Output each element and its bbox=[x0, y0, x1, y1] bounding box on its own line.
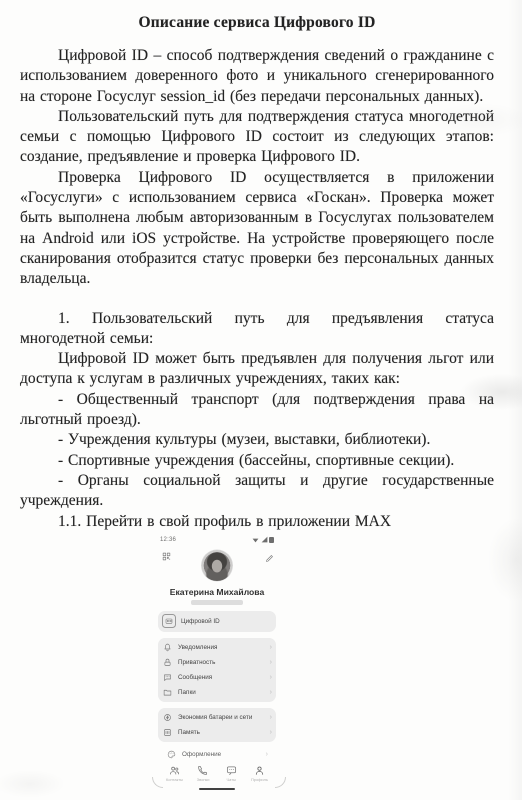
menu-item-privacy[interactable]: Приватность › bbox=[162, 655, 272, 670]
tab-label: Звонки bbox=[196, 777, 209, 782]
paragraph-step-1-1: 1.1. Перейти в свой профиль в приложении… bbox=[20, 512, 494, 532]
menu-item-label: Приватность bbox=[178, 659, 265, 666]
chats-icon bbox=[226, 765, 237, 776]
menu-item-storage[interactable]: Память › bbox=[162, 725, 272, 740]
palette-icon bbox=[166, 750, 177, 759]
menu-item-label: Оформление bbox=[182, 751, 261, 758]
tab-label: Профиль bbox=[251, 777, 268, 782]
phone-screenshot: 12:36 Екатерина Михайлова Цифровой I bbox=[158, 536, 276, 791]
menu-item-label: Экономия батареи и сети bbox=[178, 714, 265, 721]
chevron-right-icon: › bbox=[270, 644, 272, 651]
bullet-transport: - Общественный транспорт (для подтвержде… bbox=[20, 390, 494, 431]
profile-icon bbox=[254, 765, 265, 776]
tab-profile[interactable]: Профиль bbox=[250, 765, 270, 782]
tab-label: Контакты bbox=[165, 777, 182, 782]
chevron-right-icon: › bbox=[270, 674, 272, 681]
settings-group-1: Уведомления › Приватность › Сообщения › bbox=[158, 638, 276, 702]
menu-item-notifications[interactable]: Уведомления › bbox=[162, 640, 272, 655]
paragraph-intro: Цифровой ID – способ подтверждения сведе… bbox=[20, 46, 494, 107]
paragraph-verification: Проверка Цифрового ID осуществляется в п… bbox=[20, 168, 494, 290]
status-icons bbox=[252, 536, 274, 543]
battery-saver-icon bbox=[162, 713, 173, 722]
tab-calls[interactable]: Звонки bbox=[193, 765, 213, 782]
storage-icon bbox=[162, 728, 173, 737]
bullet-sport: - Спортивные учреждения (бассейны, спорт… bbox=[20, 451, 494, 471]
bullet-culture: - Учреждения культуры (музеи, выставки, … bbox=[20, 430, 494, 450]
paragraph-section-1: 1. Пользовательский путь для предъявлени… bbox=[20, 309, 494, 350]
tab-label: Чаты bbox=[227, 777, 236, 782]
qr-code-icon[interactable] bbox=[162, 552, 171, 561]
chat-bubble-icon bbox=[162, 673, 173, 682]
status-time: 12:36 bbox=[160, 537, 176, 543]
paragraph-usage: Цифровой ID может быть предъявлен для по… bbox=[20, 349, 494, 390]
chevron-right-icon: › bbox=[270, 714, 272, 721]
menu-item-battery-saving[interactable]: Экономия батареи и сети › bbox=[162, 710, 272, 725]
settings-group-2: Экономия батареи и сети › Память › bbox=[158, 708, 276, 742]
home-indicator[interactable] bbox=[199, 788, 235, 791]
chevron-right-icon: › bbox=[270, 729, 272, 736]
signal-icon bbox=[261, 536, 268, 543]
chevron-right-icon: › bbox=[270, 689, 272, 696]
chevron-right-icon: › bbox=[266, 751, 268, 758]
digital-id-label: Цифровой ID bbox=[181, 618, 272, 625]
menu-item-label: Уведомления bbox=[178, 644, 265, 651]
menu-item-label: Папки bbox=[178, 689, 265, 696]
lock-icon bbox=[162, 658, 173, 667]
menu-item-appearance[interactable]: Оформление › bbox=[158, 747, 276, 762]
menu-item-label: Сообщения bbox=[178, 674, 265, 681]
wifi-icon bbox=[252, 536, 259, 543]
profile-name: Екатерина Михайлова bbox=[158, 587, 276, 597]
tab-contacts[interactable]: Контакты bbox=[164, 765, 184, 782]
paragraph-user-path: Пользовательский путь для подтверждения … bbox=[20, 107, 494, 168]
chevron-right-icon: › bbox=[270, 659, 272, 666]
phone-status-bar: 12:36 bbox=[158, 536, 276, 544]
menu-item-label: Память bbox=[178, 729, 265, 736]
menu-item-folders[interactable]: Папки › bbox=[162, 685, 272, 700]
profile-phone-masked bbox=[191, 600, 243, 605]
avatar[interactable] bbox=[202, 550, 233, 581]
battery-icon bbox=[269, 537, 274, 543]
document-page: Описание сервиса Цифрового ID Цифровой I… bbox=[0, 0, 522, 800]
bullet-social: - Органы социальной защиты и другие госу… bbox=[20, 471, 494, 512]
tab-chats[interactable]: Чаты bbox=[221, 765, 241, 782]
bell-icon bbox=[162, 643, 173, 652]
calls-icon bbox=[197, 765, 208, 776]
phone-tab-bar: Контакты Звонки Чаты Профиль bbox=[158, 765, 276, 782]
document-title: Описание сервиса Цифрового ID bbox=[20, 14, 494, 32]
contacts-icon bbox=[169, 765, 180, 776]
digital-id-button[interactable]: Цифровой ID bbox=[158, 611, 276, 632]
id-card-icon bbox=[162, 614, 176, 628]
profile-header bbox=[158, 550, 276, 584]
folder-icon bbox=[162, 688, 173, 697]
menu-item-messages[interactable]: Сообщения › bbox=[162, 670, 272, 685]
edit-icon[interactable] bbox=[265, 554, 274, 563]
